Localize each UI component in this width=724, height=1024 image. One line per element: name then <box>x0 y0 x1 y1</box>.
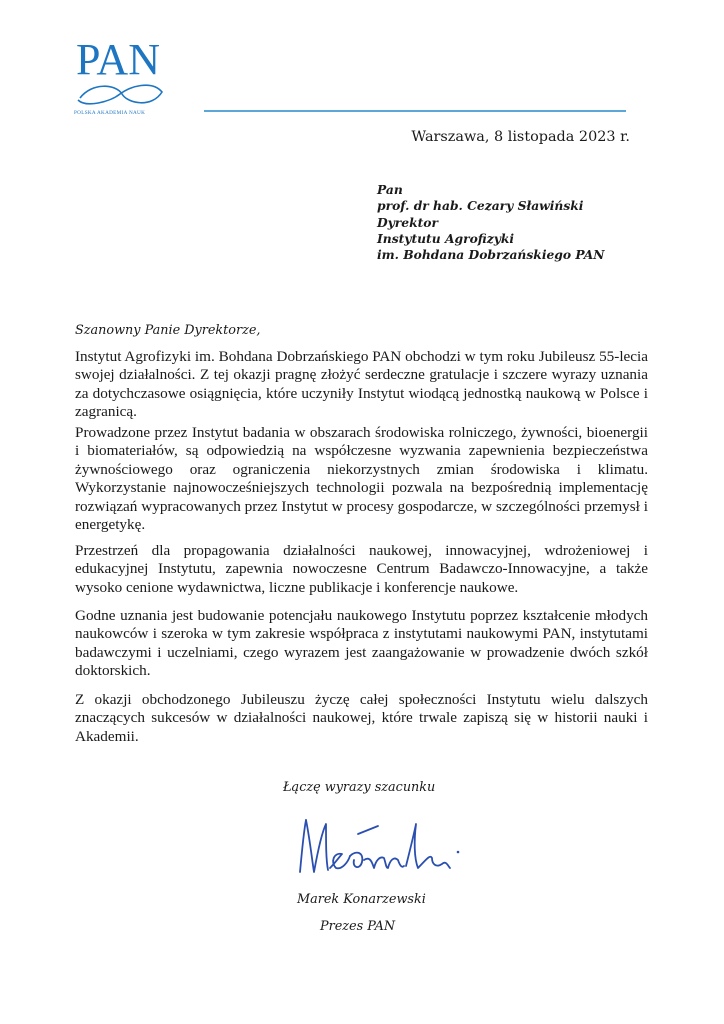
recipient-line: Instytutu Agrofizyki <box>377 231 605 247</box>
letter-date: Warszawa, 8 listopada 2023 r. <box>411 129 630 145</box>
recipient-block: Pan prof. dr hab. Cezary Sławiński Dyrek… <box>377 182 605 263</box>
infinity-swirl-icon <box>72 78 168 110</box>
body-paragraph: Przestrzeń dla propagowania działalności… <box>75 542 648 597</box>
logo-subtitle: POLSKA AKADEMIA NAUK <box>74 110 145 116</box>
signature-icon <box>286 810 466 880</box>
recipient-line: Pan <box>377 182 605 198</box>
salutation: Szanowny Panie Dyrektorze, <box>75 323 261 338</box>
recipient-line: im. Bohdana Dobrzańskiego PAN <box>377 247 605 263</box>
recipient-line: prof. dr hab. Cezary Sławiński <box>377 198 605 214</box>
signer-title: Prezes PAN <box>320 919 395 934</box>
signer-name: Marek Konarzewski <box>297 892 426 907</box>
closing-phrase: Łączę wyrazy szacunku <box>283 780 435 795</box>
body-paragraph: Godne uznania jest budowanie potencjału … <box>75 607 648 681</box>
header-rule <box>204 110 626 112</box>
body-paragraph: Instytut Agrofizyki im. Bohdana Dobrzańs… <box>75 348 648 422</box>
handwritten-signature <box>286 810 466 884</box>
recipient-line: Dyrektor <box>377 215 605 231</box>
body-paragraph: Prowadzone przez Instytut badania w obsz… <box>75 424 648 534</box>
body-paragraph: Z okazji obchodzonego Jubileuszu życzę c… <box>75 691 648 746</box>
logo-text: PAN <box>76 38 160 82</box>
pan-logo: PAN POLSKA AKADEMIA NAUK <box>72 38 172 116</box>
